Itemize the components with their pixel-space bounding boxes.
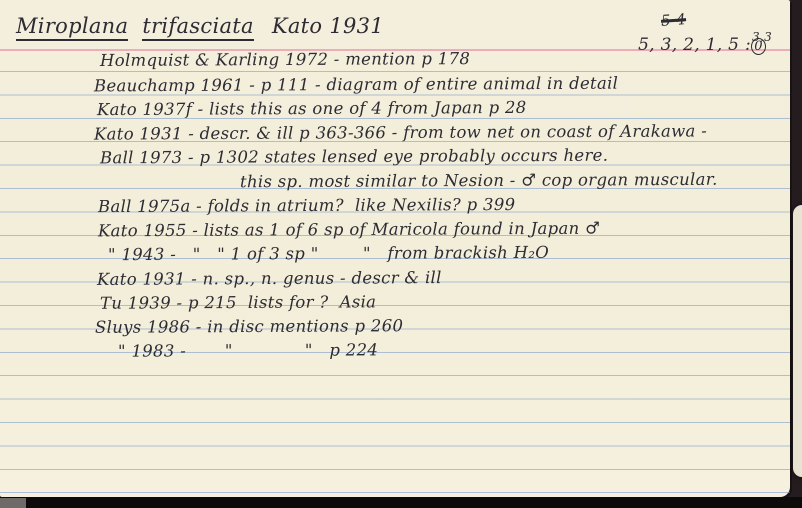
index-card: MiroplanatrifasciataKato 1931 5-4 5, 3, … [0, 0, 790, 497]
note-line: " 1983 - " " p 224 [118, 340, 378, 360]
note-line: Kato 1955 - lists as 1 of 6 sp of Marico… [98, 219, 600, 241]
genus-name: Miroplana [16, 14, 128, 41]
scan-artifact [0, 498, 26, 508]
note-line: " 1943 - " " 1 of 3 sp " " from brackish… [108, 243, 549, 264]
author-citation: Kato 1931 [272, 14, 384, 38]
note-line: Kato 1937f - lists this as one of 4 from… [97, 98, 527, 119]
note-line: Ball 1975a - folds in atrium? like Nexil… [98, 195, 516, 216]
note-line: Tu 1939 - p 215 lists for ? Asia [100, 292, 376, 312]
catalog-code-row: 5, 3, 2, 1, 5 :03,3 [638, 30, 772, 55]
catalog-code-correction: 3,3 [752, 30, 772, 44]
scanned-index-card-page: MiroplanatrifasciataKato 1931 5-4 5, 3, … [0, 0, 802, 508]
note-line: Kato 1931 - descr. & ill p 363-366 - fro… [94, 121, 707, 143]
catalog-code: 5, 3, 2, 1, 5 : [638, 35, 751, 55]
card-title: MiroplanatrifasciataKato 1931 [16, 14, 384, 38]
catalog-corner: 5-4 5, 3, 2, 1, 5 :03,3 [638, 10, 772, 55]
note-line: this sp. most similar to Nesion - ♂ cop … [240, 170, 718, 192]
note-line: Holmquist & Karling 1972 - mention p 178 [100, 49, 470, 70]
note-line: Beauchamp 1961 - p 111 - diagram of enti… [94, 74, 618, 96]
crossed-out-code: 5-4 [660, 10, 686, 30]
note-line: Kato 1931 - n. sp., n. genus - descr & i… [97, 268, 442, 289]
note-line: Ball 1973 - p 1302 states lensed eye pro… [100, 146, 608, 168]
scan-edge [0, 497, 802, 508]
note-line: Sluys 1986 - in disc mentions p 260 [95, 316, 403, 337]
species-name: trifasciata [142, 14, 254, 41]
card-behind [793, 205, 802, 477]
